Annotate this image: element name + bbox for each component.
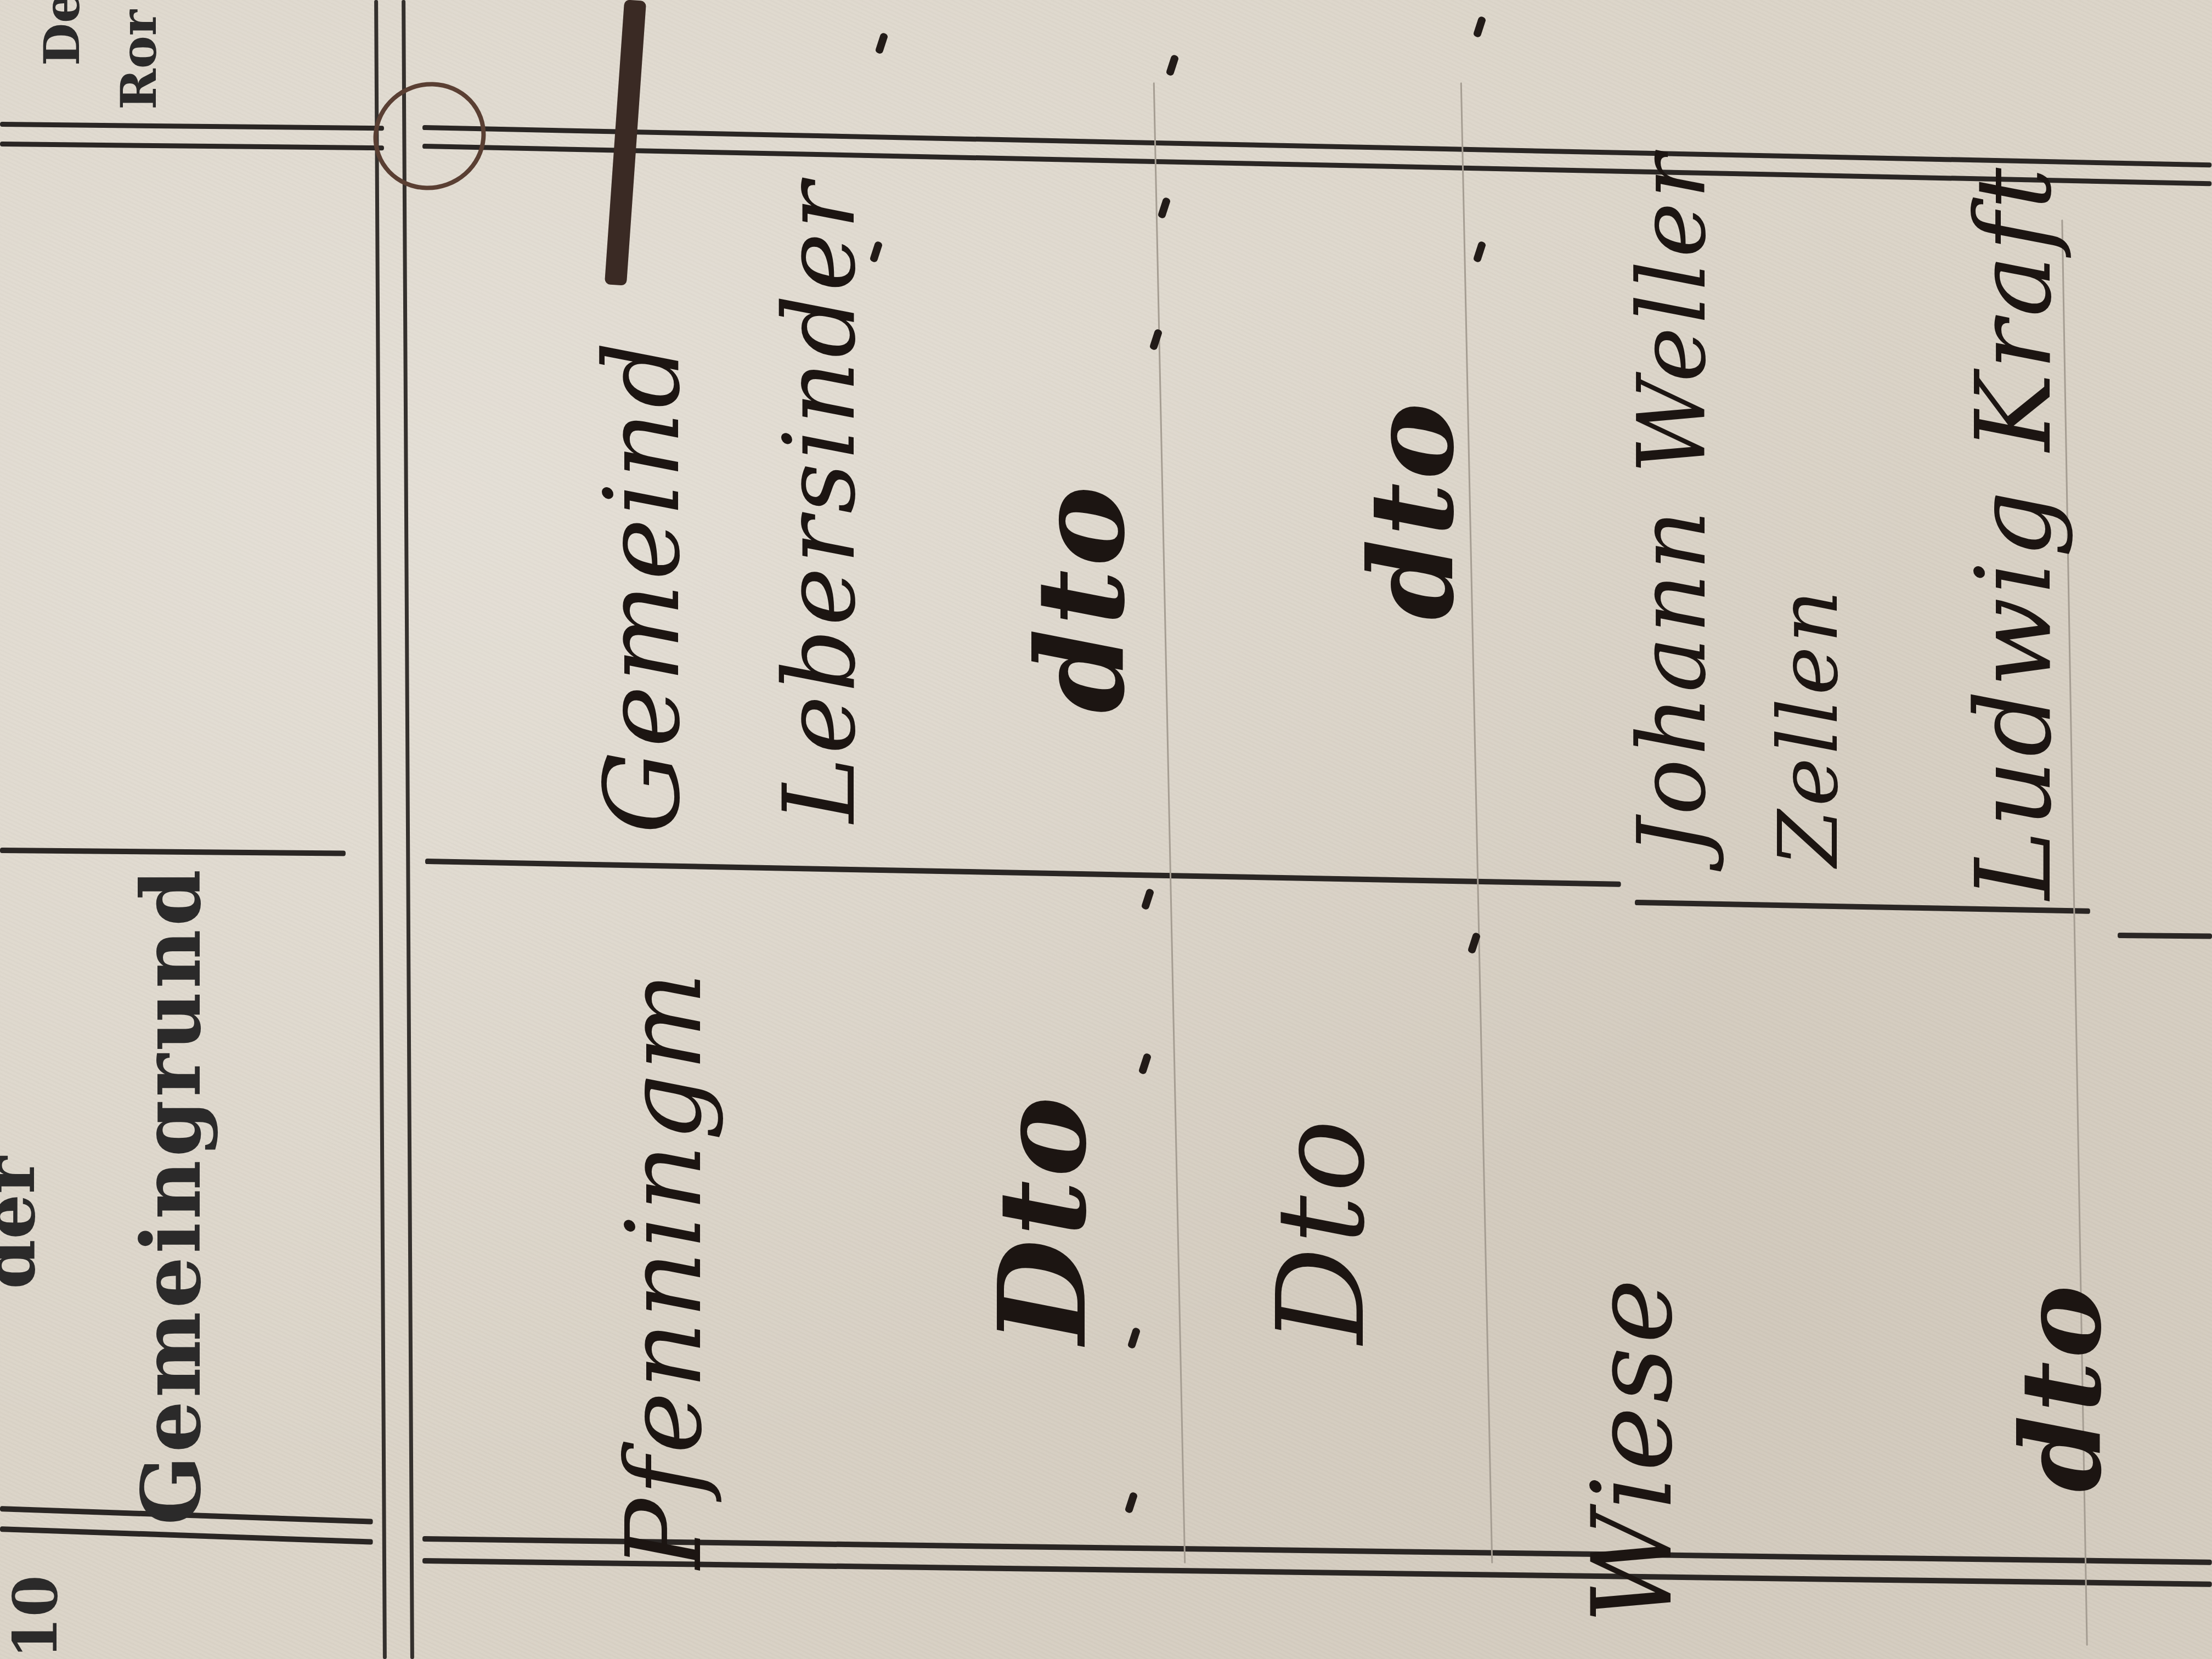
entry-col2-row2: dto xyxy=(1009,483,1152,713)
entry-col2-row4-line1: Johann Weller xyxy=(1618,151,1727,856)
entry-col2-row1-line2: Lebersinder xyxy=(763,179,877,823)
paper-background xyxy=(0,0,2212,1659)
entry-col2-row3: dto xyxy=(1344,399,1480,620)
entry-col2-row1-line1: Gemeind xyxy=(582,338,703,834)
printed-fragment-left-edge: der xyxy=(0,1156,51,1289)
entry-col1-row2: Dto xyxy=(971,1093,1113,1344)
column-heading-gemeingrund: Gemeingrund xyxy=(123,866,219,1525)
row-separator-right xyxy=(2118,933,2212,939)
entry-col2-row4-line2: Zellen xyxy=(1761,587,1857,867)
entry-col1-row4: Wiese xyxy=(1569,1276,1697,1624)
row-number: 10 xyxy=(0,1575,71,1659)
printed-header-fragment-der: Der xyxy=(33,0,91,66)
entry-col1-row3: Dto xyxy=(1251,1116,1391,1344)
printed-header-fragment-ror: Ror xyxy=(110,10,168,110)
entry-col2-row5: Ludwig Kraft xyxy=(1953,165,2074,900)
entry-col1-row5: dto xyxy=(1997,1282,2126,1492)
entry-col1-row1: Pfenningm xyxy=(603,969,725,1569)
